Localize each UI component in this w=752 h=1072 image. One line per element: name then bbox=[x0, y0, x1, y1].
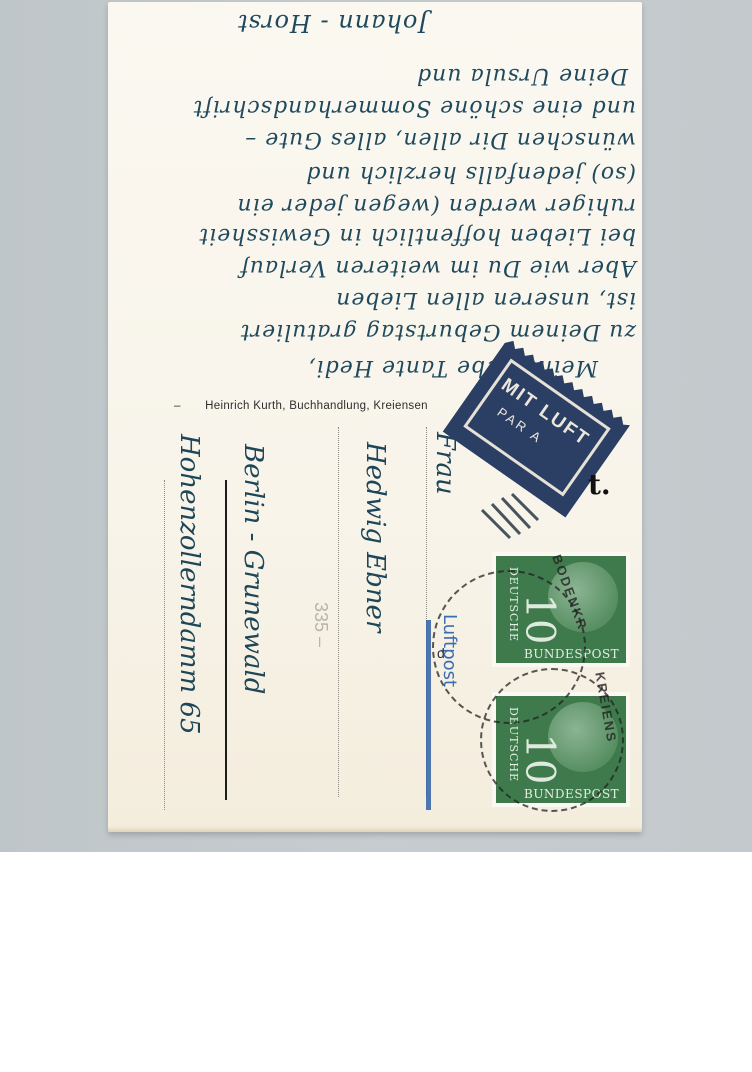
blue-pencil-rule bbox=[426, 620, 431, 810]
message-line: und eine schöne Sommerhandschrift bbox=[116, 92, 636, 122]
message-line: Johann - Horst bbox=[128, 8, 428, 38]
pencil-mark: 335 – bbox=[310, 602, 331, 647]
message-line: Deine Ursula und bbox=[208, 60, 628, 90]
message-line: Aber wie Du im weiteren Verlauf bbox=[116, 252, 636, 282]
address-line-city: Berlin - Grunewald bbox=[238, 444, 268, 694]
address-line-salutation: Frau bbox=[430, 432, 460, 495]
ink-strokes-icon bbox=[480, 490, 540, 540]
airmail-ink-mark: t. bbox=[588, 468, 611, 501]
address-line-name: Hedwig Ebner bbox=[360, 442, 390, 632]
address-line-street: Hohenzollerndamm 65 bbox=[174, 434, 204, 735]
address-guide-line bbox=[338, 427, 339, 797]
message-line: wünschen Dir allen, alles Gute – bbox=[116, 124, 636, 154]
message-line: ist, unseren allen Lieben bbox=[116, 284, 636, 314]
address-underline bbox=[225, 480, 227, 800]
message-line: ruhiger werden (wegen jeder ein bbox=[116, 190, 636, 220]
message-line: zu Deinem Geburtstag gratuliert bbox=[116, 316, 636, 346]
address-guide-line bbox=[164, 480, 165, 810]
message-line: bei Lieben hoffentlich in Gewissheit bbox=[116, 220, 636, 250]
publisher-imprint: – Heinrich Kurth, Buchhandlung, Kreiense… bbox=[174, 400, 428, 412]
publisher-text: Heinrich Kurth, Buchhandlung, Kreiensen bbox=[205, 400, 428, 412]
message-line: (so) jedenfalls herzlich und bbox=[116, 158, 636, 188]
publisher-dash: – bbox=[174, 400, 181, 412]
postmark-letter: d bbox=[437, 645, 445, 661]
